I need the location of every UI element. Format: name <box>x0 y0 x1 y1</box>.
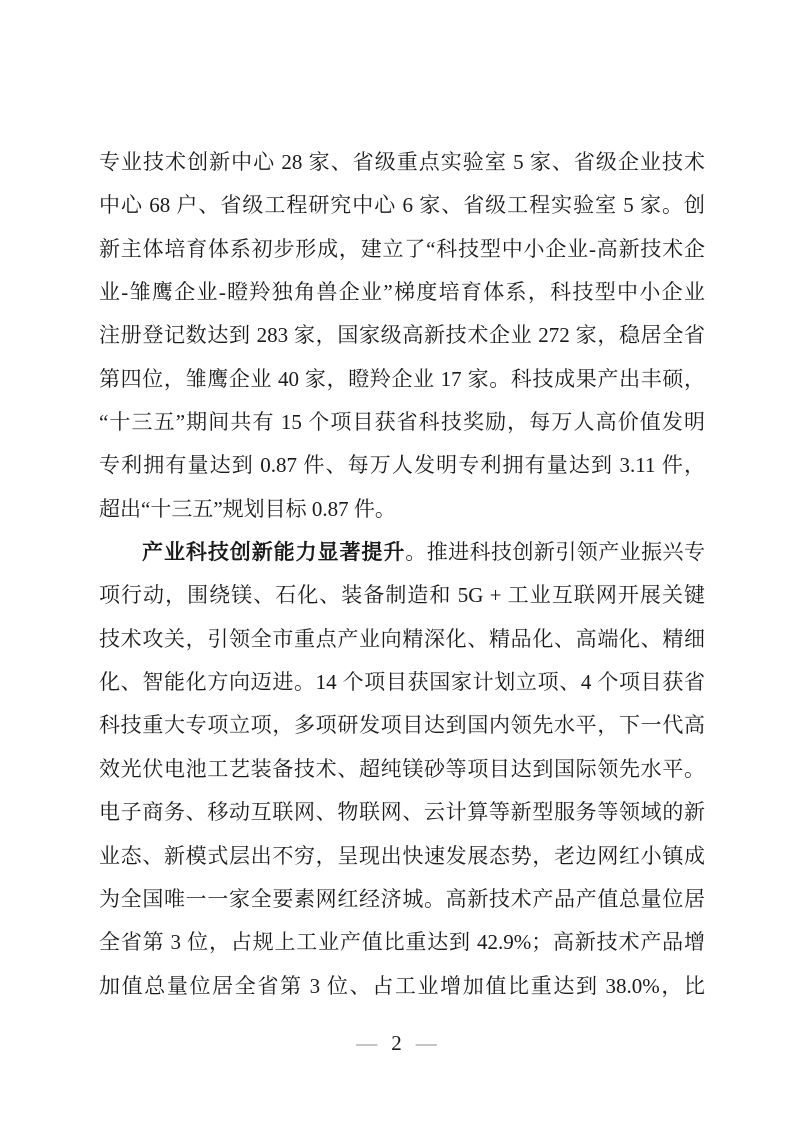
text-line: 全省第 3 位，占规上工业产值比重达到 42.9%；高新技术产品增 <box>99 921 705 964</box>
text-line: 产业科技创新能力显著提升。推进科技创新引领产业振兴专 <box>99 531 705 574</box>
text-line: 中心 68 户、省级工程研究中心 6 家、省级工程实验室 5 家。创 <box>99 184 705 227</box>
body-text: 业态、新模式层出不穷，呈现出快速发展态势，老边网红小镇成 <box>99 844 705 868</box>
body-text: 化、智能化方向迈进。14 个项目获国家计划立项、4 个项目获省 <box>99 670 705 694</box>
document-body: 专业技术创新中心 28 家、省级重点实验室 5 家、省级企业技术中心 68 户、… <box>99 141 705 1008</box>
text-line: 业态、新模式层出不穷，呈现出快速发展态势，老边网红小镇成 <box>99 835 705 878</box>
text-line: 业-雏鹰企业-瞪羚独角兽企业”梯度培育体系，科技型中小企业 <box>99 271 705 314</box>
page-number: 2 <box>391 1031 402 1055</box>
text-line: “十三五”期间共有 15 个项目获省科技奖励，每万人高价值发明 <box>99 401 705 444</box>
footer-right-dash: — <box>416 1031 437 1055</box>
body-text: 专业技术创新中心 28 家、省级重点实验室 5 家、省级企业技术 <box>99 150 705 174</box>
document-page: 专业技术创新中心 28 家、省级重点实验室 5 家、省级企业技术中心 68 户、… <box>0 0 793 1122</box>
text-line: 新主体培育体系初步形成，建立了“科技型中小企业-高新技术企 <box>99 228 705 271</box>
body-text: 超出“十三五”规划目标 0.87 件。 <box>99 497 396 521</box>
text-line: 第四位，雏鹰企业 40 家，瞪羚企业 17 家。科技成果产出丰硕， <box>99 358 705 401</box>
body-text: 注册登记数达到 283 家，国家级高新技术企业 272 家，稳居全省 <box>99 323 705 347</box>
text-line: 电子商务、移动互联网、物联网、云计算等新型服务等领域的新 <box>99 791 705 834</box>
body-text: 第四位，雏鹰企业 40 家，瞪羚企业 17 家。科技成果产出丰硕， <box>99 367 705 391</box>
body-text: 全省第 3 位，占规上工业产值比重达到 42.9%；高新技术产品增 <box>99 930 705 954</box>
text-line: 为全国唯一一家全要素网红经济城。高新技术产品产值总量位居 <box>99 878 705 921</box>
body-text: 为全国唯一一家全要素网红经济城。高新技术产品产值总量位居 <box>99 887 705 911</box>
body-text: 中心 68 户、省级工程研究中心 6 家、省级工程实验室 5 家。创 <box>99 193 705 217</box>
text-line: 专利拥有量达到 0.87 件、每万人发明专利拥有量达到 3.11 件， <box>99 444 705 487</box>
text-line: 效光伏电池工艺装备技术、超纯镁砂等项目达到国际领先水平。 <box>99 748 705 791</box>
text-line: 加值总量位居全省第 3 位、占工业增加值比重达到 38.0%，比 <box>99 965 705 1008</box>
footer-left-dash: — <box>356 1031 377 1055</box>
body-text: 加值总量位居全省第 3 位、占工业增加值比重达到 38.0%，比 <box>99 974 705 998</box>
text-line: 超出“十三五”规划目标 0.87 件。 <box>99 488 705 531</box>
body-text: 科技重大专项立项，多项研发项目达到国内领先水平，下一代高 <box>99 713 705 737</box>
page-footer: —2— <box>0 1030 793 1056</box>
bold-lead-text: 产业科技创新能力显著提升 <box>142 540 405 564</box>
body-text: “十三五”期间共有 15 个项目获省科技奖励，每万人高价值发明 <box>99 410 705 434</box>
body-text: 新主体培育体系初步形成，建立了“科技型中小企业-高新技术企 <box>99 237 705 261</box>
text-line: 专业技术创新中心 28 家、省级重点实验室 5 家、省级企业技术 <box>99 141 705 184</box>
body-text: 项行动，围绕镁、石化、装备制造和 5G + 工业互联网开展关键 <box>99 583 705 607</box>
body-text: 电子商务、移动互联网、物联网、云计算等新型服务等领域的新 <box>99 800 705 824</box>
body-text: 技术攻关，引领全市重点产业向精深化、精品化、高端化、精细 <box>99 627 705 651</box>
text-line: 项行动，围绕镁、石化、装备制造和 5G + 工业互联网开展关键 <box>99 574 705 617</box>
paragraph-2: 产业科技创新能力显著提升。推进科技创新引领产业振兴专项行动，围绕镁、石化、装备制… <box>99 531 705 1008</box>
text-line: 注册登记数达到 283 家，国家级高新技术企业 272 家，稳居全省 <box>99 314 705 357</box>
body-text: 效光伏电池工艺装备技术、超纯镁砂等项目达到国际领先水平。 <box>99 757 705 781</box>
body-text: 专利拥有量达到 0.87 件、每万人发明专利拥有量达到 3.11 件， <box>99 453 705 477</box>
text-line: 科技重大专项立项，多项研发项目达到国内领先水平，下一代高 <box>99 704 705 747</box>
body-text: 。推进科技创新引领产业振兴专 <box>405 540 705 564</box>
text-line: 化、智能化方向迈进。14 个项目获国家计划立项、4 个项目获省 <box>99 661 705 704</box>
paragraph-1: 专业技术创新中心 28 家、省级重点实验室 5 家、省级企业技术中心 68 户、… <box>99 141 705 531</box>
text-line: 技术攻关，引领全市重点产业向精深化、精品化、高端化、精细 <box>99 618 705 661</box>
body-text: 业-雏鹰企业-瞪羚独角兽企业”梯度培育体系，科技型中小企业 <box>99 280 705 304</box>
